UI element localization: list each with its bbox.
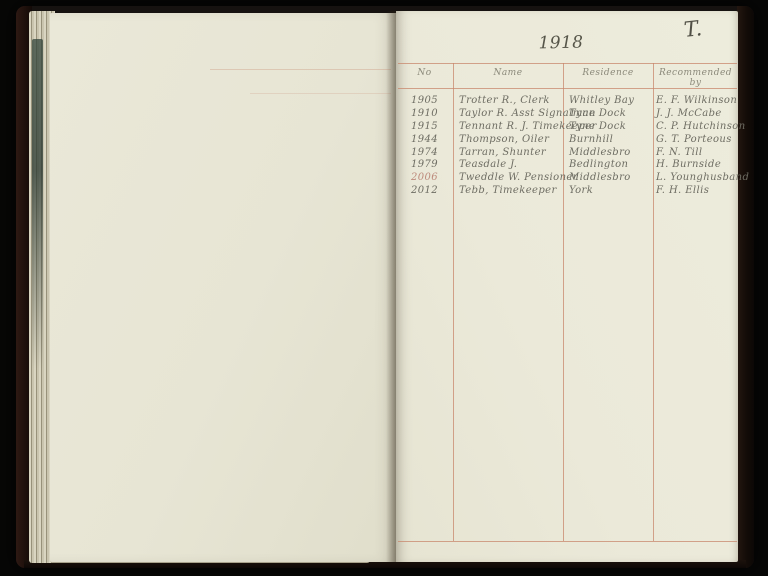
table-header-row: No Name Residence Recommended by [396,68,738,88]
entry-recommended-by: C. P. Hutchinson [656,121,738,134]
entry-recommended-by: H. Burnside [656,159,738,172]
show-through-line [210,69,391,70]
entry-residence: Whitley Bay [569,95,653,108]
table-row: 2006Tweddle W. PensionerMiddlesbroL. You… [396,172,738,185]
entry-residence: Tyne Dock [569,121,653,134]
entry-name: Tweddle W. Pensioner [459,172,563,185]
entry-number: 1905 [396,95,453,108]
table-rule-header-bottom [398,88,737,89]
entry-number: 1974 [396,147,453,160]
entry-residence: Burnhill [569,134,653,147]
right-page-ledger: T. 1918 No Name Residence Recommended by… [396,11,738,562]
index-letter: T. [683,16,704,42]
header-residence: Residence [563,68,653,78]
table-row: 2012Tebb, TimekeeperYorkF. H. Ellis [396,185,738,198]
entry-name: Trotter R., Clerk [459,95,563,108]
entry-name: Taylor R. Asst Signalman [459,108,563,121]
entry-number: 2012 [396,185,453,198]
entry-recommended-by: E. F. Wilkinson [656,95,738,108]
book-cover-right-edge [737,6,754,568]
entry-name: Tebb, Timekeeper [459,185,563,198]
year-heading: 1918 [496,32,626,54]
table-body: 1905Trotter R., ClerkWhitley BayE. F. Wi… [396,95,738,198]
entry-name: Thompson, Oiler [459,134,563,147]
table-row: 1979Teasdale J.BedlingtonH. Burnside [396,159,738,172]
entry-number: 1944 [396,134,453,147]
entry-residence: York [569,185,653,198]
marbled-endpaper-edge [32,39,43,369]
header-name: Name [453,68,563,78]
entry-recommended-by: J. J. McCabe [656,108,738,121]
table-row: 1974Tarran, ShunterMiddlesbroF. N. Till [396,147,738,160]
entry-recommended-by: L. Younghusband [656,172,738,185]
show-through-line [250,93,391,94]
entry-residence: Tyne Dock [569,108,653,121]
table-rule-bottom [398,541,737,542]
entry-number: 1979 [396,159,453,172]
entry-recommended-by: F. H. Ellis [656,185,738,198]
entry-recommended-by: F. N. Till [656,147,738,160]
table-row: 1915Tennant R. J. TimekeeperTyne DockC. … [396,121,738,134]
entry-name: Tarran, Shunter [459,147,563,160]
entry-number: 2006 [396,172,453,185]
entry-name: Teasdale J. [459,159,563,172]
ledger-book: T. 1918 No Name Residence Recommended by… [16,6,754,568]
entry-residence: Middlesbro [569,147,653,160]
table-row: 1910Taylor R. Asst SignalmanTyne DockJ. … [396,108,738,121]
entry-residence: Middlesbro [569,172,653,185]
photo-background: T. 1918 No Name Residence Recommended by… [0,0,768,576]
entry-recommended-by: G. T. Porteous [656,134,738,147]
entry-residence: Bedlington [569,159,653,172]
entry-name: Tennant R. J. Timekeeper [459,121,563,134]
header-no: No [396,68,453,78]
left-page-blank [50,13,397,562]
entry-number: 1910 [396,108,453,121]
header-recommended-by: Recommended by [653,68,738,88]
table-rule-top [398,63,737,64]
table-row: 1944Thompson, OilerBurnhillG. T. Porteou… [396,134,738,147]
entry-number: 1915 [396,121,453,134]
table-row: 1905Trotter R., ClerkWhitley BayE. F. Wi… [396,95,738,108]
